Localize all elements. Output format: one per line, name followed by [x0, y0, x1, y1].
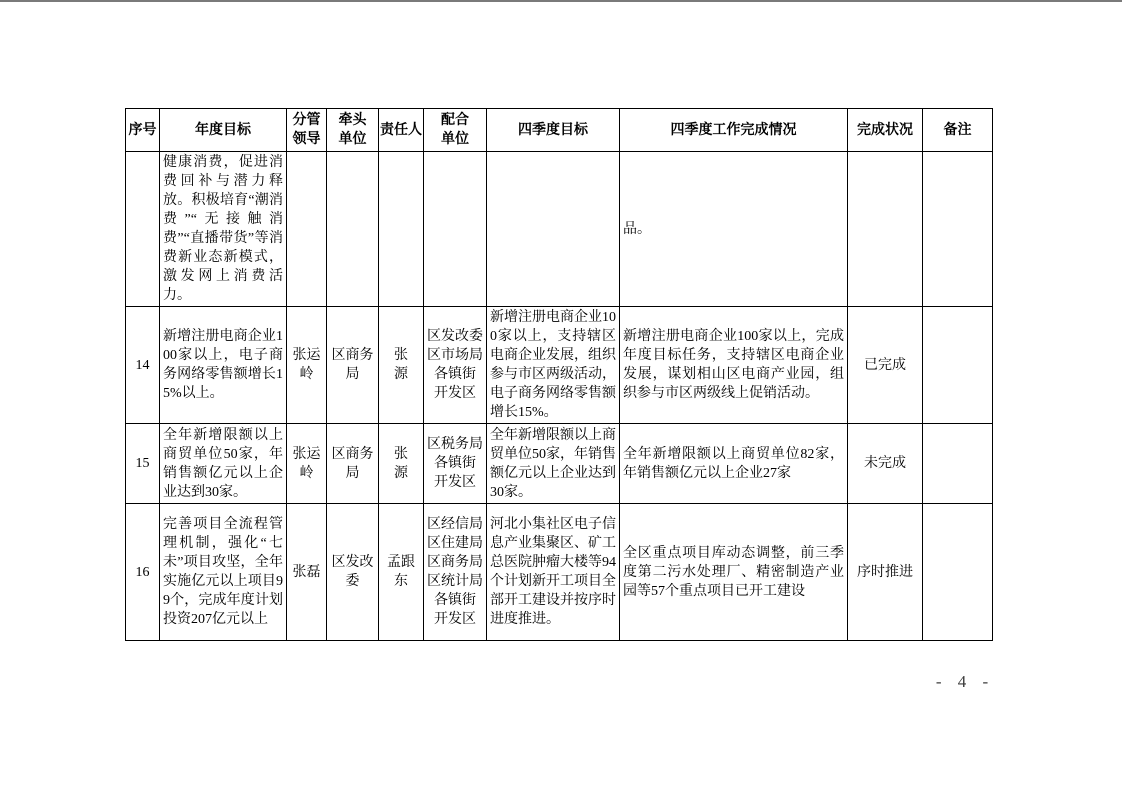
cell-seq: 16: [126, 504, 160, 641]
cell-q4-goal: 全年新增限额以上商贸单位50家，年销售额亿元以上企业达到30家。: [487, 424, 620, 504]
table-row-continuation: 健康消费，促进消费回补与潜力释放。积极培育“潮消费”“无接触消费”“直播带货”等…: [126, 152, 993, 307]
col-header-q4-completion: 四季度工作完成情况: [620, 109, 848, 152]
cell-cooperating-units: 区发改委 区市场局 各镇街 开发区: [424, 307, 487, 424]
cell-leader: 张磊: [287, 504, 327, 641]
cell-seq: 15: [126, 424, 160, 504]
col-header-lead-unit: 牵头 单位: [327, 109, 379, 152]
cell-status: 未完成: [848, 424, 923, 504]
cell-remark: [923, 307, 993, 424]
cell-lead-unit: 区商务局: [327, 307, 379, 424]
col-header-status: 完成状况: [848, 109, 923, 152]
col-header-q4-goal: 四季度目标: [487, 109, 620, 152]
cell-cooperating-units: 区经信局 区住建局 区商务局 区统计局 各镇街 开发区: [424, 504, 487, 641]
cell-q4-completion: 品。: [620, 152, 848, 307]
cell-annual-goal: 新增注册电商企业100家以上，电子商务网络零售额增长15%以上。: [160, 307, 287, 424]
quarterly-report-table: 序号 年度目标 分管 领导 牵头 单位 责任人 配合 单位 四季度目标 四季度工…: [125, 108, 993, 641]
cell-q4-goal: [487, 152, 620, 307]
cell-q4-goal: 新增注册电商企业100家以上，支持辖区电商企业发展，组织参与市区两级活动，电子商…: [487, 307, 620, 424]
cell-leader: 张运岭: [287, 307, 327, 424]
col-header-annual-goal: 年度目标: [160, 109, 287, 152]
page-number: - 4 -: [925, 672, 1005, 692]
cell-lead-unit: [327, 152, 379, 307]
cell-cooperating-units: 区税务局 各镇街 开发区: [424, 424, 487, 504]
cell-status: [848, 152, 923, 307]
window-top-edge: [0, 0, 1122, 2]
cell-responsible: 孟跟东: [379, 504, 424, 641]
header-row: 序号 年度目标 分管 领导 牵头 单位 责任人 配合 单位 四季度目标 四季度工…: [126, 109, 993, 152]
col-header-seq: 序号: [126, 109, 160, 152]
cell-status: 序时推进: [848, 504, 923, 641]
table-row-16: 16 完善项目全流程管理机制，强化“七未”项目攻坚，全年实施亿元以上项目99个，…: [126, 504, 993, 641]
cell-remark: [923, 152, 993, 307]
cell-responsible: 张 源: [379, 424, 424, 504]
table-row-14: 14 新增注册电商企业100家以上，电子商务网络零售额增长15%以上。 张运岭 …: [126, 307, 993, 424]
cell-leader: 张运岭: [287, 424, 327, 504]
cell-remark: [923, 424, 993, 504]
col-header-leader: 分管 领导: [287, 109, 327, 152]
cell-lead-unit: 区商务局: [327, 424, 379, 504]
cell-status: 已完成: [848, 307, 923, 424]
col-header-remark: 备注: [923, 109, 993, 152]
cell-q4-completion: 全年新增限额以上商贸单位82家，年销售额亿元以上企业27家: [620, 424, 848, 504]
col-header-cooperating: 配合 单位: [424, 109, 487, 152]
cell-lead-unit: 区发改委: [327, 504, 379, 641]
cell-responsible: [379, 152, 424, 307]
cell-responsible: 张 源: [379, 307, 424, 424]
cell-leader: [287, 152, 327, 307]
table-row-15: 15 全年新增限额以上商贸单位50家，年销售额亿元以上企业达到30家。 张运岭 …: [126, 424, 993, 504]
cell-annual-goal: 全年新增限额以上商贸单位50家，年销售额亿元以上企业达到30家。: [160, 424, 287, 504]
col-header-responsible: 责任人: [379, 109, 424, 152]
cell-q4-goal: 河北小集社区电子信息产业集聚区、矿工总医院肿瘤大楼等94个计划新开工项目全部开工…: [487, 504, 620, 641]
cell-seq: 14: [126, 307, 160, 424]
cell-cooperating-units: [424, 152, 487, 307]
cell-q4-completion: 新增注册电商企业100家以上，完成年度目标任务，支持辖区电商企业发展，谋划相山区…: [620, 307, 848, 424]
cell-remark: [923, 504, 993, 641]
cell-annual-goal: 健康消费，促进消费回补与潜力释放。积极培育“潮消费”“无接触消费”“直播带货”等…: [160, 152, 287, 307]
cell-annual-goal: 完善项目全流程管理机制，强化“七未”项目攻坚，全年实施亿元以上项目99个，完成年…: [160, 504, 287, 641]
cell-q4-completion: 全区重点项目库动态调整，前三季度第二污水处理厂、精密制造产业园等57个重点项目已…: [620, 504, 848, 641]
cell-seq: [126, 152, 160, 307]
document-page: 序号 年度目标 分管 领导 牵头 单位 责任人 配合 单位 四季度目标 四季度工…: [0, 0, 1122, 793]
